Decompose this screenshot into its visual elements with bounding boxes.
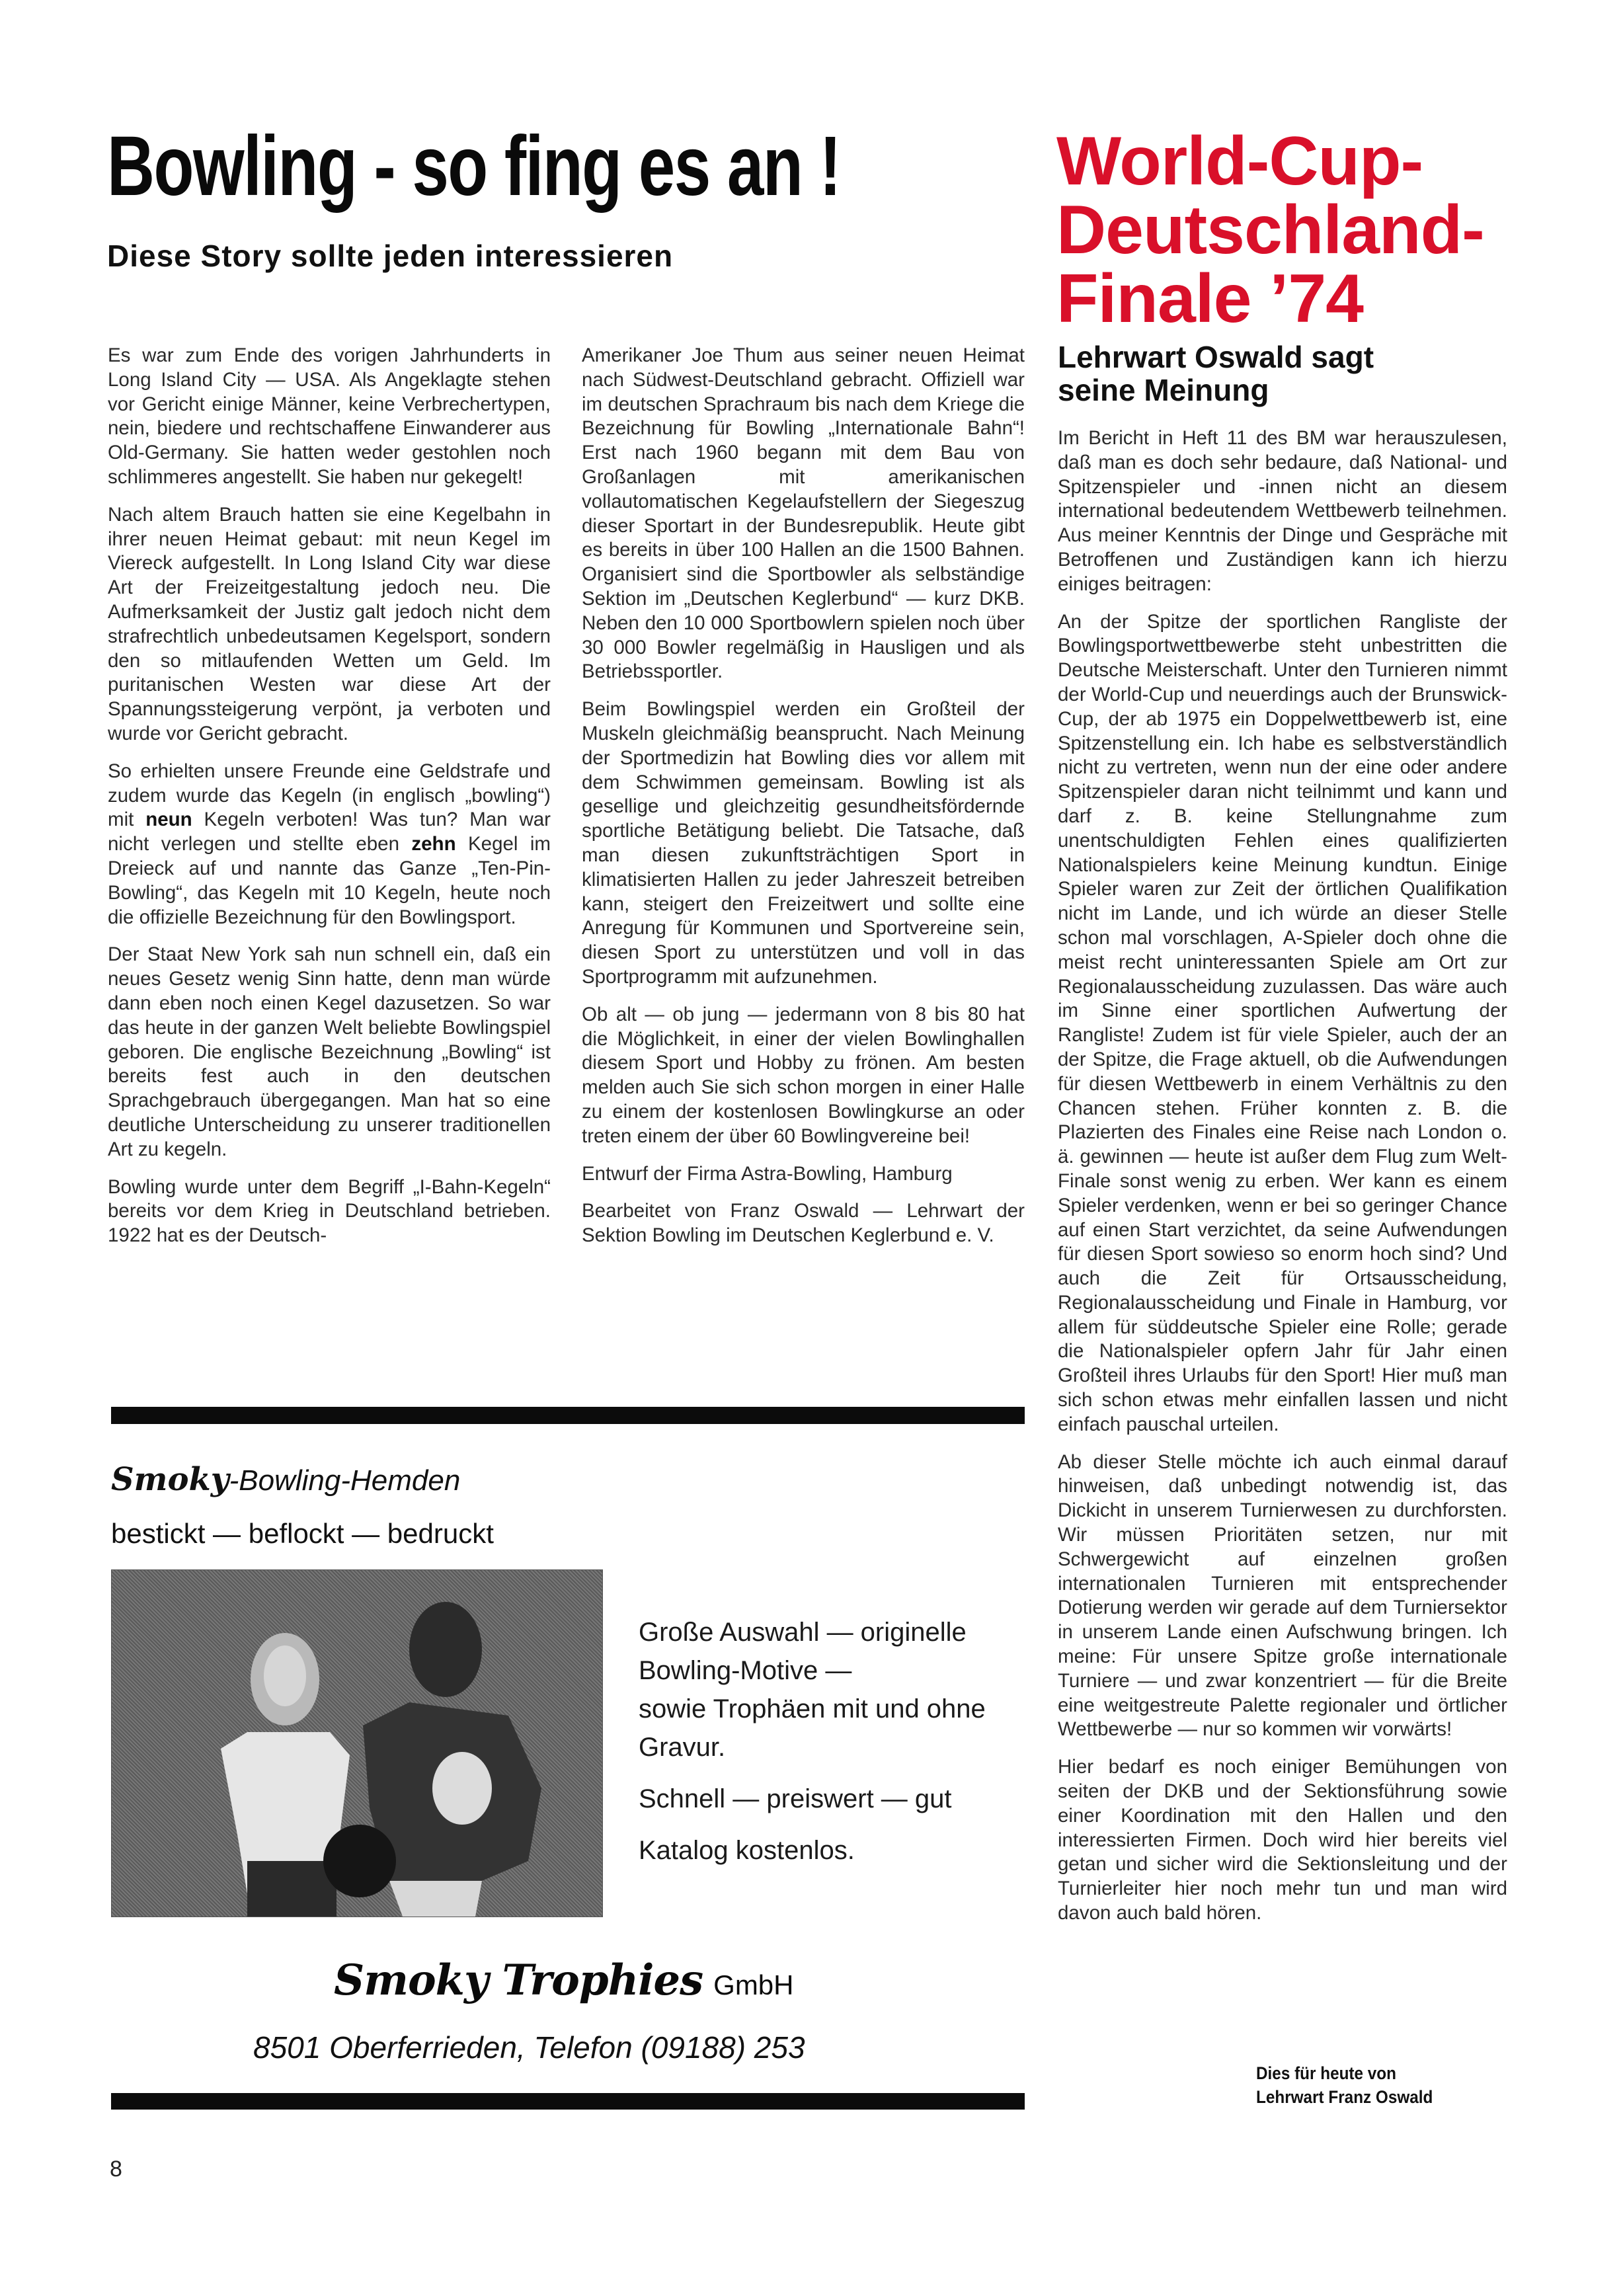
worldcup-subheadline: Lehrwart Oswald sagt seine Meinung — [1058, 340, 1507, 407]
worldcup-headline: World-Cup- Deutschland- Finale ’74 — [1056, 127, 1519, 333]
main-headline: Bowling - so fing es an ! — [107, 124, 777, 209]
paragraph: Beim Bowlingspiel werden ein Großteil de… — [582, 697, 1025, 990]
main-subheadline: Diese Story sollte jeden interessieren — [107, 238, 673, 274]
ad-line: Katalog kostenlos. — [639, 1831, 1062, 1870]
ad-line: Bowling-Motive — — [639, 1651, 1062, 1690]
source-credit: Entwurf der Firma Astra-Bowling, Hamburg — [582, 1162, 1025, 1187]
paragraph: Bowling wurde unter dem Begriff „I-Bahn-… — [108, 1175, 551, 1248]
ad-line: Schnell — preiswert — gut — [639, 1780, 1062, 1818]
emphasis-zehn: zehn — [411, 833, 455, 855]
ad-photo — [111, 1569, 603, 1917]
ad-line: sowie Trophäen mit und ohne — [639, 1690, 1062, 1728]
paragraph: Es war zum Ende des vorigen Jahrhunderts… — [108, 344, 551, 490]
paragraph: Im Bericht in Heft 11 des BM war herausz… — [1058, 426, 1507, 597]
ad-tagline: bestickt — beflockt — bedruckt — [111, 1518, 494, 1550]
paragraph: Ab dieser Stelle möchte ich auch einmal … — [1058, 1450, 1507, 1743]
paragraph: Amerikaner Joe Thum aus seiner neuen Hei… — [582, 344, 1025, 684]
paragraph: Nach altem Brauch hatten sie eine Kegelb… — [108, 503, 551, 746]
paragraph: Hier bedarf es noch einiger Bemühungen v… — [1058, 1755, 1507, 1926]
ad-copy: Große Auswahl — originelle Bowling-Motiv… — [639, 1613, 1062, 1870]
ad-top-rule — [111, 1407, 1025, 1424]
ad-bottom-rule — [111, 2093, 1025, 2110]
paragraph: Ob alt — ob jung — jedermann von 8 bis 8… — [582, 1003, 1025, 1149]
emphasis-neun: neun — [145, 809, 192, 830]
article-column-2: Amerikaner Joe Thum aus seiner neuen Hei… — [582, 344, 1025, 1261]
paragraph: So erhielten unsere Freunde eine Geldstr… — [108, 760, 551, 930]
article-column-3: Im Bericht in Heft 11 des BM war herausz… — [1058, 426, 1507, 1939]
signoff: Dies für heute von Lehrwart Franz Oswald — [1256, 2061, 1433, 2109]
ad-company-logo: Smoky TrophiesGmbH — [334, 1956, 794, 2005]
article-column-1: Es war zum Ende des vorigen Jahrhunderts… — [108, 344, 551, 1261]
page-number: 8 — [110, 2157, 122, 2182]
ad-headline: Smoky-Bowling-Hemden — [111, 1461, 460, 1498]
ad-brand: Smoky — [111, 1461, 229, 1498]
bowling-shirts-photo-icon — [112, 1570, 602, 1917]
author-credit: Bearbeitet von Franz Oswald — Lehrwart d… — [582, 1199, 1025, 1248]
paragraph: An der Spitze der sportlichen Rangliste … — [1058, 610, 1507, 1437]
ad-address: 8501 Oberferrieden, Telefon (09188) 253 — [253, 2030, 805, 2065]
company-script-logo: Smoky Trophies — [334, 1956, 703, 2005]
ad-line: Gravur. — [639, 1728, 1062, 1766]
ad-line: Große Auswahl — originelle — [639, 1613, 1062, 1651]
paragraph: Der Staat New York sah nun schnell ein, … — [108, 943, 551, 1162]
